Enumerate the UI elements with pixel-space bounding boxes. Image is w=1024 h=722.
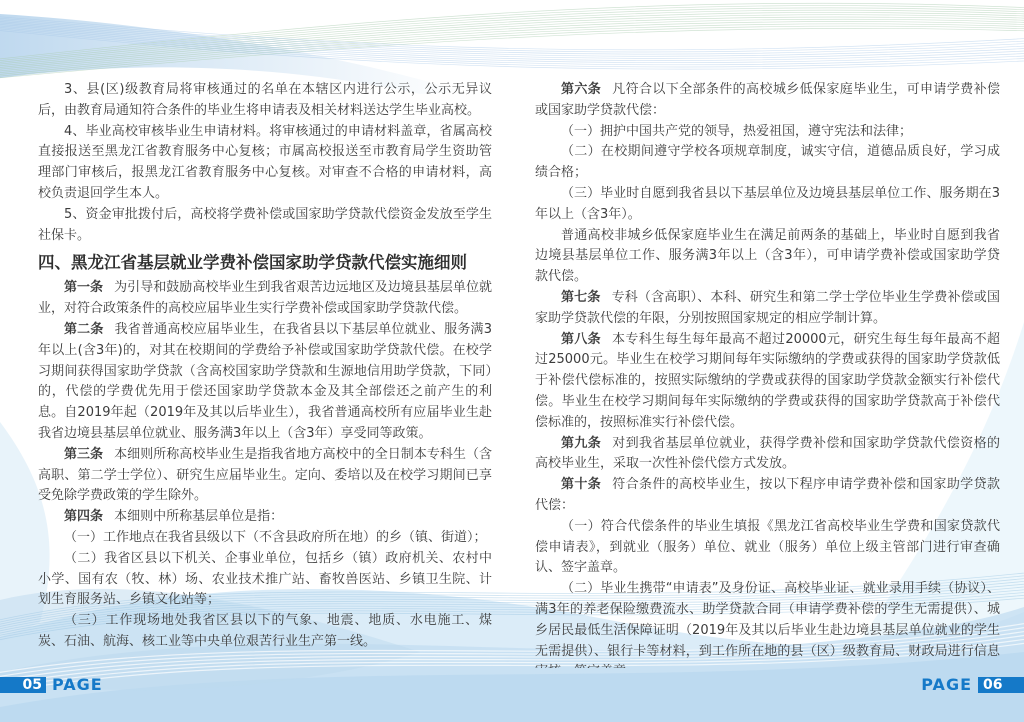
article-number: 第八条 [561,332,601,347]
page-number-badge-right: 06 [978,677,1024,693]
paragraph: 第一条为引导和鼓励高校毕业生到我省艰苦边远地区及边境县基层单位就业，对符合政策条… [38,278,492,320]
page-right: 第六条凡符合以下全部条件的高校城乡低保家庭毕业生，可申请学费补偿或国家助学贷款代… [535,80,1000,668]
article-number: 第十条 [561,477,601,492]
paragraph: （一）工作地点在我省县级以下（不含县政府所在地）的乡（镇、街道）； [38,528,492,549]
paragraph: （三）毕业时自愿到我省县以下基层单位及边境县基层单位工作、服务期在3年以上（含3… [535,184,1000,226]
paragraph: 5、资金审批拨付后，高校将学费补偿或国家助学贷款代偿资金发放至学生社保卡。 [38,205,492,247]
paragraph: 第四条本细则中所称基层单位是指： [38,507,492,528]
paragraph: 普通高校非城乡低保家庭毕业生在满足前两条的基础上，毕业时自愿到我省边境县基层单位… [535,226,1000,288]
paragraph: 第三条本细则所称高校毕业生是指我省地方高校中的全日制本专科生（含高职、第二学士学… [38,445,492,507]
paragraph: 第七条专科（含高职）、本科、研究生和第二学士学位毕业生学费补偿或国家助学贷款代偿… [535,288,1000,330]
paragraph: （一）拥护中国共产党的领导，热爱祖国，遵守宪法和法律； [535,122,1000,143]
article-number: 第六条 [561,82,601,97]
paragraph: （二）在校期间遵守学校各项规章制度，诚实守信，道德品质良好，学习成绩合格； [535,142,1000,184]
article-number: 第七条 [561,290,601,305]
paragraph: （二）我省区县以下机关、企事业单位，包括乡（镇）政府机关、农村中小学、国有农（牧… [38,549,492,611]
paragraph: 3、县(区)级教育局将审核通过的名单在本辖区内进行公示，公示无异议后，由教育局通… [38,80,492,122]
paragraph: （二）毕业生携带“申请表”及身份证、高校毕业证、就业录用手续（协议）、满3年的养… [535,579,1000,668]
page-number-badge-left: 05 [0,677,46,693]
page-footer-right: PAGE 06 [915,677,1024,693]
page-left: 3、县(区)级教育局将审核通过的名单在本辖区内进行公示，公示无异议后，由教育局通… [38,80,492,652]
article-number: 第二条 [64,322,104,337]
page-label-right: PAGE [921,677,972,693]
paragraph: 第九条对到我省基层单位就业，获得学费补偿和国家助学贷款代偿资格的高校毕业生，采取… [535,434,1000,476]
paragraph: （三）工作现场地处我省区县以下的气象、地震、地质、水电施工、煤炭、石油、航海、核… [38,611,492,652]
article-number: 第一条 [64,280,103,295]
paragraph: 第二条我省普通高校应届毕业生，在我省县以下基层单位就业、服务满3年以上(含3年)… [38,320,492,445]
paragraph: 第六条凡符合以下全部条件的高校城乡低保家庭毕业生，可申请学费补偿或国家助学贷款代… [535,80,1000,122]
paragraph: 第十条符合条件的高校毕业生，按以下程序申请学费补偿和国家助学贷款代偿： [535,475,1000,517]
section-heading: 四、黑龙江省基层就业学费补偿国家助学贷款代偿实施细则 [38,250,492,276]
document-spread: 3、县(区)级教育局将审核通过的名单在本辖区内进行公示，公示无异议后，由教育局通… [0,0,1024,722]
article-number: 第三条 [64,447,103,462]
paragraph: 第八条本专科生每生每年最高不超过20000元，研究生每生每年最高不超过25000… [535,330,1000,434]
article-number: 第九条 [561,436,601,451]
page-footer-left: 05 PAGE [0,677,109,693]
paragraph: 4、毕业高校审核毕业生申请材料。将审核通过的申请材料盖章，省属高校直接报送至黑龙… [38,122,492,205]
paragraph: （一）符合代偿条件的毕业生填报《黑龙江省高校毕业生学费和国家贷款代偿申请表》，到… [535,517,1000,579]
article-number: 第四条 [64,509,103,524]
page-label-left: PAGE [52,677,103,693]
